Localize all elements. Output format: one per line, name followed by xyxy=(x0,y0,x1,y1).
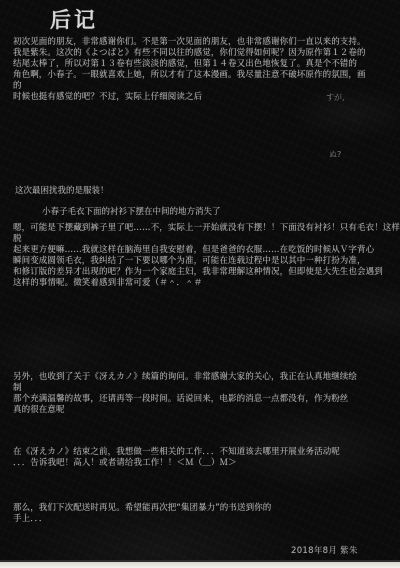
text-line: 和修订版的差异才出现的吧？作为一个家庭主妇，我非常理解这种情况，但即使是大先生也… xyxy=(13,267,396,278)
date-signature: 2018年8月 紫朱 xyxy=(291,544,358,556)
paragraph-work: 在《冴えカノ》结束之前，我想做一些相关的工作．．．不知道该去哪里开展业务活动呢 … xyxy=(13,447,396,469)
text-line: 制 xyxy=(13,383,396,394)
text-line: 我是紫朱。这次的《よつばと》有些不同以往的感觉，你们觉得如何呢？因为原作第１２卷… xyxy=(13,48,396,59)
text-line: 角色啊，小春子。一眼就喜欢上她，所以才有了这本漫画。我尽量注意不破坏原作的氛围，… xyxy=(13,70,396,81)
clothing-intro-line: 这次最困扰我的是服装！ xyxy=(15,186,109,197)
text-line: 另外，也收到了关于《冴えカノ》续篇的询问。非常感谢大家的关心，我正在认真地继续绘 xyxy=(13,372,396,383)
text-line: 结尾太棒了，所以对第１３卷有些淡淡的感觉，但第１４卷又出色地恢复了。真是个不错的 xyxy=(13,59,396,70)
text-line: 真的很在意呢 xyxy=(13,405,396,416)
bleedthrough-text-2: ぬ? xyxy=(329,150,341,159)
text-line: 在《冴えカノ》结束之前，我想做一些相关的工作．．．不知道该去哪里开展业务活动呢 xyxy=(13,447,396,458)
text-line: 的 xyxy=(13,81,396,92)
paragraph-farewell: 那么，我们下次配送时再见。希望能再次把“集团暴力”的书送到你的 手上．．． xyxy=(13,503,396,525)
afterword-page: 后记 初次见面的朋友，非常感谢你们。不是第一次见面的朋友，也非常感谢你们一直以来… xyxy=(0,0,400,568)
text-line: ．．．告诉我吧！高人！或者请给我工作！！＜Ｍ（＿）Ｍ＞ xyxy=(13,458,396,469)
bleedthrough-text-1: すが, xyxy=(326,93,345,102)
text-line: 初次见面的朋友，非常感谢你们。不是第一次见面的朋友，也非常感谢你们一直以来的支持… xyxy=(13,37,396,48)
text-line: 瞬间变成圆领毛衣，我纠结了一下要以哪个为准，可能在连载过程中是以其中一种打扮为准… xyxy=(13,256,396,267)
sweater-note-line: 小春子毛衣下面的衬衫下摆在中间的地方消失了 xyxy=(42,207,221,218)
text-line: 脱 xyxy=(13,234,396,245)
text-line: 嗯，可能是下摆藏到裤子里了吧……不，实际上一开始就没有下摆！！下面没有衬衫！只有… xyxy=(13,223,396,234)
text-line: 那个充满温馨的故事，还请再等一段时间。话说回来，电影的消息一点都没有，作为粉丝 xyxy=(13,394,396,405)
text-line: 那么，我们下次配送时再见。希望能再次把“集团暴力”的书送到你的 xyxy=(13,503,396,514)
text-line: 手上．．． xyxy=(13,514,396,525)
page-title: 后记 xyxy=(50,4,98,34)
scan-edge-strip xyxy=(0,560,400,568)
paragraph-clothing: 嗯，可能是下摆藏到裤子里了吧……不，实际上一开始就没有下摆！！下面没有衬衫！只有… xyxy=(13,223,396,288)
text-line: 起来更方便嘛……我就这样在脑海里自我安慰着，但是爸爸的衣服……在吃饭的时候从Ｖ字… xyxy=(13,245,396,256)
text-line: 这样的事情呢。微笑着感到非常可爱（＃＾．＾＃ xyxy=(13,278,396,289)
paragraph-saekano: 另外，也收到了关于《冴えカノ》续篇的询问。非常感谢大家的关心，我正在认真地继续绘… xyxy=(13,372,396,416)
